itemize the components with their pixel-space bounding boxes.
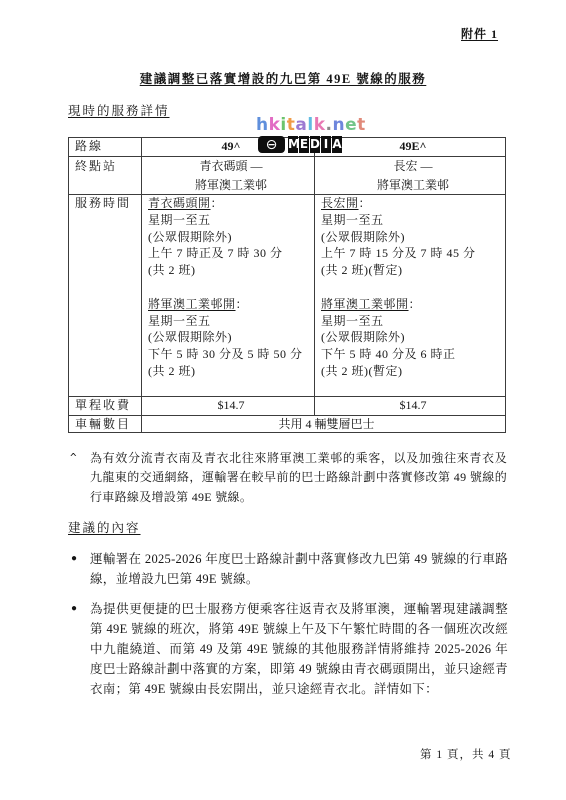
section-proposal-heading: 建議的內容 [68, 518, 141, 536]
service-line: (共 2 班)(暫定) [321, 363, 505, 380]
media-letter: A [332, 136, 342, 153]
service-row-label: 服務時間 [69, 195, 142, 397]
footnote-text: 為有效分流青衣南及青衣北往來將軍澳工業邨的乘客，以及加強往來青衣及九龍東的交通網… [90, 449, 507, 507]
fare-49e-value: $14.7 [315, 397, 506, 416]
media-letters: MEDIA [288, 136, 343, 153]
bullet-item-1: ● 運輸署在 2025-2026 年度巴士路線計劃中落實修改九巴第 49 號線的… [71, 549, 508, 589]
document-page: 附件 1 建議調整已落實增設的九巴第 49E 號線的服務 現時的服務詳情 路線 … [0, 0, 566, 800]
watermark-letter: h [256, 115, 269, 135]
terminus-49-value: 青衣碼頭 — 將軍澳工業邨 [142, 157, 315, 195]
fare-row-label: 單程收費 [69, 397, 142, 416]
service-49e-cell: 長宏開： 星期一至五 (公眾假期除外) 上午 7 時 15 分及 7 時 45 … [315, 195, 506, 397]
vehicles-row-label: 車輛數目 [69, 416, 142, 433]
bullet-icon: ● [71, 553, 77, 564]
table-row-terminus: 終點站 青衣碼頭 — 將軍澳工業邨 長宏 — 將軍澳工業邨 [69, 157, 506, 195]
service-line: 星期一至五 [148, 212, 314, 229]
service-line: (共 2 班)(暫定) [321, 262, 505, 279]
bullet-2-text: 為提供更便捷的巴士服務方便乘客往返青衣及將軍澳，運輸署現建議調整第 49E 號線… [90, 599, 508, 699]
service-line-blank [148, 279, 314, 296]
bullet-item-2: ● 為提供更便捷的巴士服務方便乘客往返青衣及將軍澳，運輸署現建議調整第 49E … [71, 599, 508, 699]
annex-label: 附件 1 [461, 25, 498, 42]
service-49-cell: 青衣碼頭開： 星期一至五 (公眾假期除外) 上午 7 時正及 7 時 30 分 … [142, 195, 315, 397]
service-line: 星期一至五 [321, 313, 505, 330]
media-letter: D [310, 136, 320, 153]
service-line: 下午 5 時 30 分及 5 時 50 分 [148, 346, 314, 363]
bullet-icon: ● [71, 603, 77, 614]
watermark-site: hkitalk.net [256, 116, 366, 135]
service-line: 上午 7 時 15 分及 7 時 45 分 [321, 245, 505, 262]
page-title: 建議調整已落實增設的九巴第 49E 號線的服務 [0, 69, 566, 87]
terminus-49-line2: 將軍澳工業邨 [148, 176, 314, 195]
service-line: 青衣碼頭開： [148, 195, 314, 212]
table-row-vehicles: 車輛數目 共用 4 輛雙層巴士 [69, 416, 506, 433]
watermark-letter: k [314, 115, 326, 135]
page-number: 第 1 頁，共 4 頁 [420, 746, 512, 762]
terminus-49e-line1: 長宏 — [321, 157, 505, 176]
service-line: (公眾假期除外) [321, 329, 505, 346]
section-current-service-heading: 現時的服務詳情 [68, 101, 170, 119]
terminus-row-label: 終點站 [69, 157, 142, 195]
watermark-letter: a [295, 115, 307, 135]
service-line: (公眾假期除外) [321, 229, 505, 246]
bullet-1-text: 運輸署在 2025-2026 年度巴士路線計劃中落實修改九巴第 49 號線的行車… [90, 549, 508, 589]
fare-49-value: $14.7 [142, 397, 315, 416]
watermark-letter: e [345, 115, 357, 135]
hkitalk-watermark: hkitalk.net ⊖ MEDIA [256, 116, 366, 153]
media-circle-icon: ⊖ [258, 136, 285, 153]
service-line: (公眾假期除外) [148, 329, 314, 346]
service-line: (共 2 班) [148, 363, 314, 380]
terminus-49e-line2: 將軍澳工業邨 [321, 176, 505, 195]
service-line: 長宏開： [321, 195, 505, 212]
service-details-table: 路線 49^ 49E^ 終點站 青衣碼頭 — 將軍澳工業邨 長宏 — 將軍澳工業… [68, 137, 506, 433]
service-line: 上午 7 時正及 7 時 30 分 [148, 245, 314, 262]
terminus-49-line1: 青衣碼頭 — [148, 157, 314, 176]
service-line: 將軍澳工業邨開： [148, 296, 314, 313]
vehicles-value: 共用 4 輛雙層巴士 [142, 416, 506, 433]
media-letter: E [299, 136, 309, 153]
table-row-service-hours: 服務時間 青衣碼頭開： 星期一至五 (公眾假期除外) 上午 7 時正及 7 時 … [69, 195, 506, 397]
service-line: 星期一至五 [148, 313, 314, 330]
service-line: 下午 5 時 40 分及 6 時正 [321, 346, 505, 363]
watermark-letter: k [269, 115, 281, 135]
service-line: (公眾假期除外) [148, 229, 314, 246]
watermark-letter: n [332, 115, 345, 135]
page-title-text: 建議調整已落實增設的九巴第 49E 號線的服務 [140, 72, 427, 86]
footnote-marker: ^ [70, 451, 77, 464]
terminus-49e-value: 長宏 — 將軍澳工業邨 [315, 157, 506, 195]
watermark-letter: t [357, 115, 366, 135]
service-line: 星期一至五 [321, 212, 505, 229]
footnote: ^ 為有效分流青衣南及青衣北往來將軍澳工業邨的乘客，以及加強往來青衣及九龍東的交… [70, 449, 507, 507]
route-row-label: 路線 [69, 138, 142, 157]
service-line: (共 2 班) [148, 262, 314, 279]
media-letter: I [321, 136, 331, 153]
service-line: 將軍澳工業邨開： [321, 296, 505, 313]
service-line-blank [321, 279, 505, 296]
media-logo: ⊖ MEDIA [258, 136, 366, 153]
table-row-fare: 單程收費 $14.7 $14.7 [69, 397, 506, 416]
media-letter: M [288, 136, 298, 153]
